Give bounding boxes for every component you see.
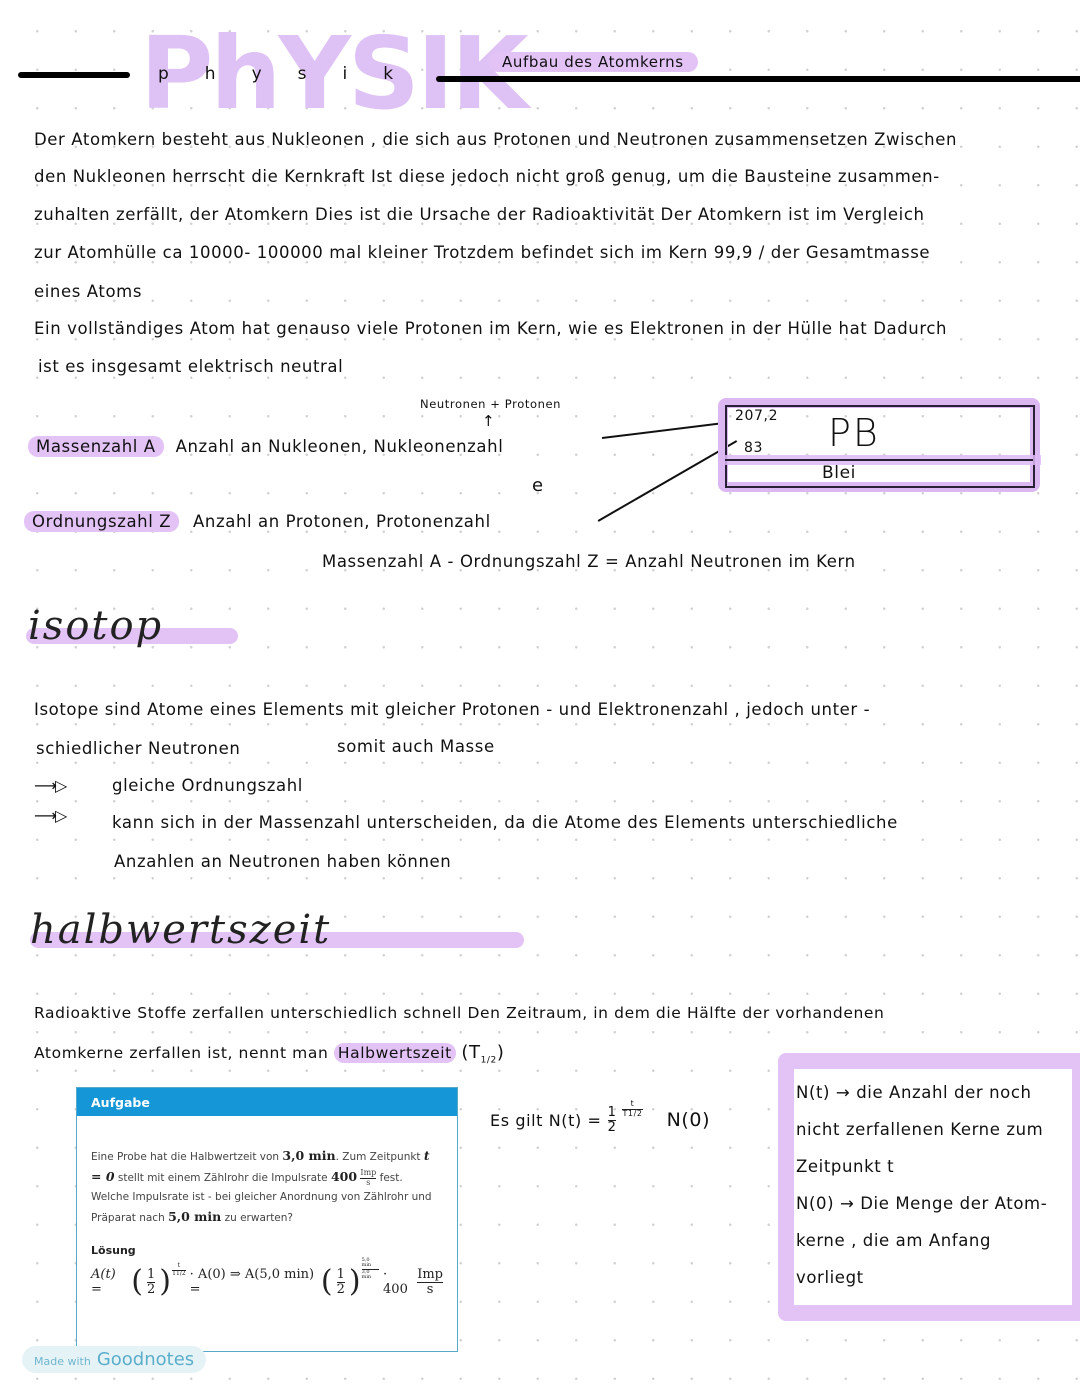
connector-line-number xyxy=(598,440,737,521)
note-line: nicht zerfallenen Kerne zum xyxy=(796,1111,1047,1148)
mass-number-label: Massenzahl A xyxy=(28,436,164,457)
task-card-header: Aufgabe xyxy=(77,1088,457,1116)
title-letter: y xyxy=(252,64,262,84)
intro-line: zur Atomhülle ca 10000- 100000 mal klein… xyxy=(34,243,930,262)
intro-line: Der Atomkern besteht aus Nukleonen , die… xyxy=(34,130,957,149)
isotope-line: somit auch Masse xyxy=(337,737,495,756)
watermark-prefix: Made with xyxy=(34,1355,91,1368)
annotation-arrow: ↑ xyxy=(482,412,495,430)
title-letter: i xyxy=(343,64,348,84)
bullet-arrow-icon: ⟶▷ xyxy=(34,806,65,825)
halflife-line: Radioaktive Stoffe zerfallen unterschied… xyxy=(34,1004,884,1022)
decay-formula: Es gilt N(t) = 12 tT1/2 N(0) xyxy=(490,1106,710,1134)
atomic-number-label: Ordnungszahl Z xyxy=(24,511,179,532)
halflife-notes: N(t) → die Anzahl der noch nicht zerfall… xyxy=(796,1074,1047,1296)
atomic-number-desc: Anzahl an Protonen, Protonenzahl xyxy=(193,512,491,531)
halflife-line: Atomkerne zerfallen ist, nennt man Halbw… xyxy=(34,1042,505,1066)
formula-suffix: N(0) xyxy=(667,1109,711,1131)
element-card-divider xyxy=(725,459,1033,461)
title-letter: k xyxy=(383,64,393,84)
formula-prefix: Es gilt N(t) = xyxy=(490,1111,602,1130)
intro-line: Ein vollständiges Atom hat genauso viele… xyxy=(34,319,947,338)
nucleon-annotation: Neutronen + Protonen xyxy=(420,397,561,411)
goodnotes-watermark[interactable]: Made with Goodnotes xyxy=(22,1346,206,1373)
mass-number-row: Massenzahl A Anzahl an Nukleonen, Nukleo… xyxy=(28,437,503,456)
formula-base: 12 xyxy=(608,1106,617,1134)
task-card-text: Eine Probe hat die Halbwertzeit von 3,0 … xyxy=(77,1146,457,1228)
isotope-heading: isotop xyxy=(28,606,163,646)
note-line: vorliegt xyxy=(796,1259,1047,1296)
connector-text: e xyxy=(532,475,544,496)
element-name: Blei xyxy=(822,463,856,483)
note-line: N(t) → die Anzahl der noch xyxy=(796,1074,1047,1111)
formula-exponent: tT1/2 xyxy=(622,1100,642,1118)
note-line: kerne , die am Anfang xyxy=(796,1222,1047,1259)
header-rule-right xyxy=(436,76,1080,82)
note-line: N(0) → Die Menge der Atom- xyxy=(796,1185,1047,1222)
watermark-brand: Goodnotes xyxy=(97,1349,194,1370)
halflife-line-text: Atomkerne zerfallen ist, nennt man xyxy=(34,1044,328,1062)
isotope-bullet: kann sich in der Massenzahl unterscheide… xyxy=(112,813,898,832)
note-line: Zeitpunkt t xyxy=(796,1148,1047,1185)
task-unit: Imps xyxy=(360,1169,376,1187)
mass-number-desc: Anzahl an Nukleonen, Nukleonenzahl xyxy=(176,437,504,456)
halflife-heading: halbwertszeit xyxy=(30,910,331,950)
atomic-number-row: Ordnungszahl Z Anzahl an Protonen, Proto… xyxy=(24,512,491,531)
neutron-formula: Massenzahl A - Ordnungszahl Z = Anzahl N… xyxy=(322,552,856,571)
isotope-bullet-continuation: Anzahlen an Neutronen haben können xyxy=(114,852,451,871)
intro-line: eines Atoms xyxy=(34,282,142,301)
page-subtitle: Aufbau des Atomkerns xyxy=(488,52,698,72)
title-letter: s xyxy=(298,64,307,84)
title-letter: p xyxy=(158,64,169,84)
title-letter: h xyxy=(205,64,216,84)
isotope-line: Isotope sind Atome eines Elements mit gl… xyxy=(34,700,870,719)
solution-formula: A(t) = ( 12 ) tT1/2 · A(0) ⇒ A(5,0 min) … xyxy=(91,1267,443,1297)
header-rule-left xyxy=(18,72,130,78)
intro-line: ist es insgesamt elektrisch neutral xyxy=(38,357,343,376)
connector-line-mass xyxy=(602,422,727,439)
element-mass: 207,2 xyxy=(735,408,778,424)
isotope-line: schiedlicher Neutronen xyxy=(36,739,240,758)
isotope-bullet: gleiche Ordnungszahl xyxy=(112,776,303,795)
solution-label: Lösung xyxy=(91,1244,443,1257)
halflife-term: Halbwertszeit xyxy=(334,1043,456,1063)
page-title-letters: p h y s i k xyxy=(158,64,393,84)
intro-line: zuhalten zerfällt, der Atomkern Dies ist… xyxy=(34,205,925,224)
intro-line: den Nukleonen herrscht die Kernkraft Ist… xyxy=(34,167,940,186)
task-card: Aufgabe Eine Probe hat die Halbwertzeit … xyxy=(76,1087,458,1352)
element-number: 83 xyxy=(744,440,763,456)
element-symbol: PB xyxy=(828,414,880,452)
halflife-symbol: (T1/2) xyxy=(461,1042,504,1063)
bullet-arrow-icon: ⟶▷ xyxy=(34,776,65,795)
